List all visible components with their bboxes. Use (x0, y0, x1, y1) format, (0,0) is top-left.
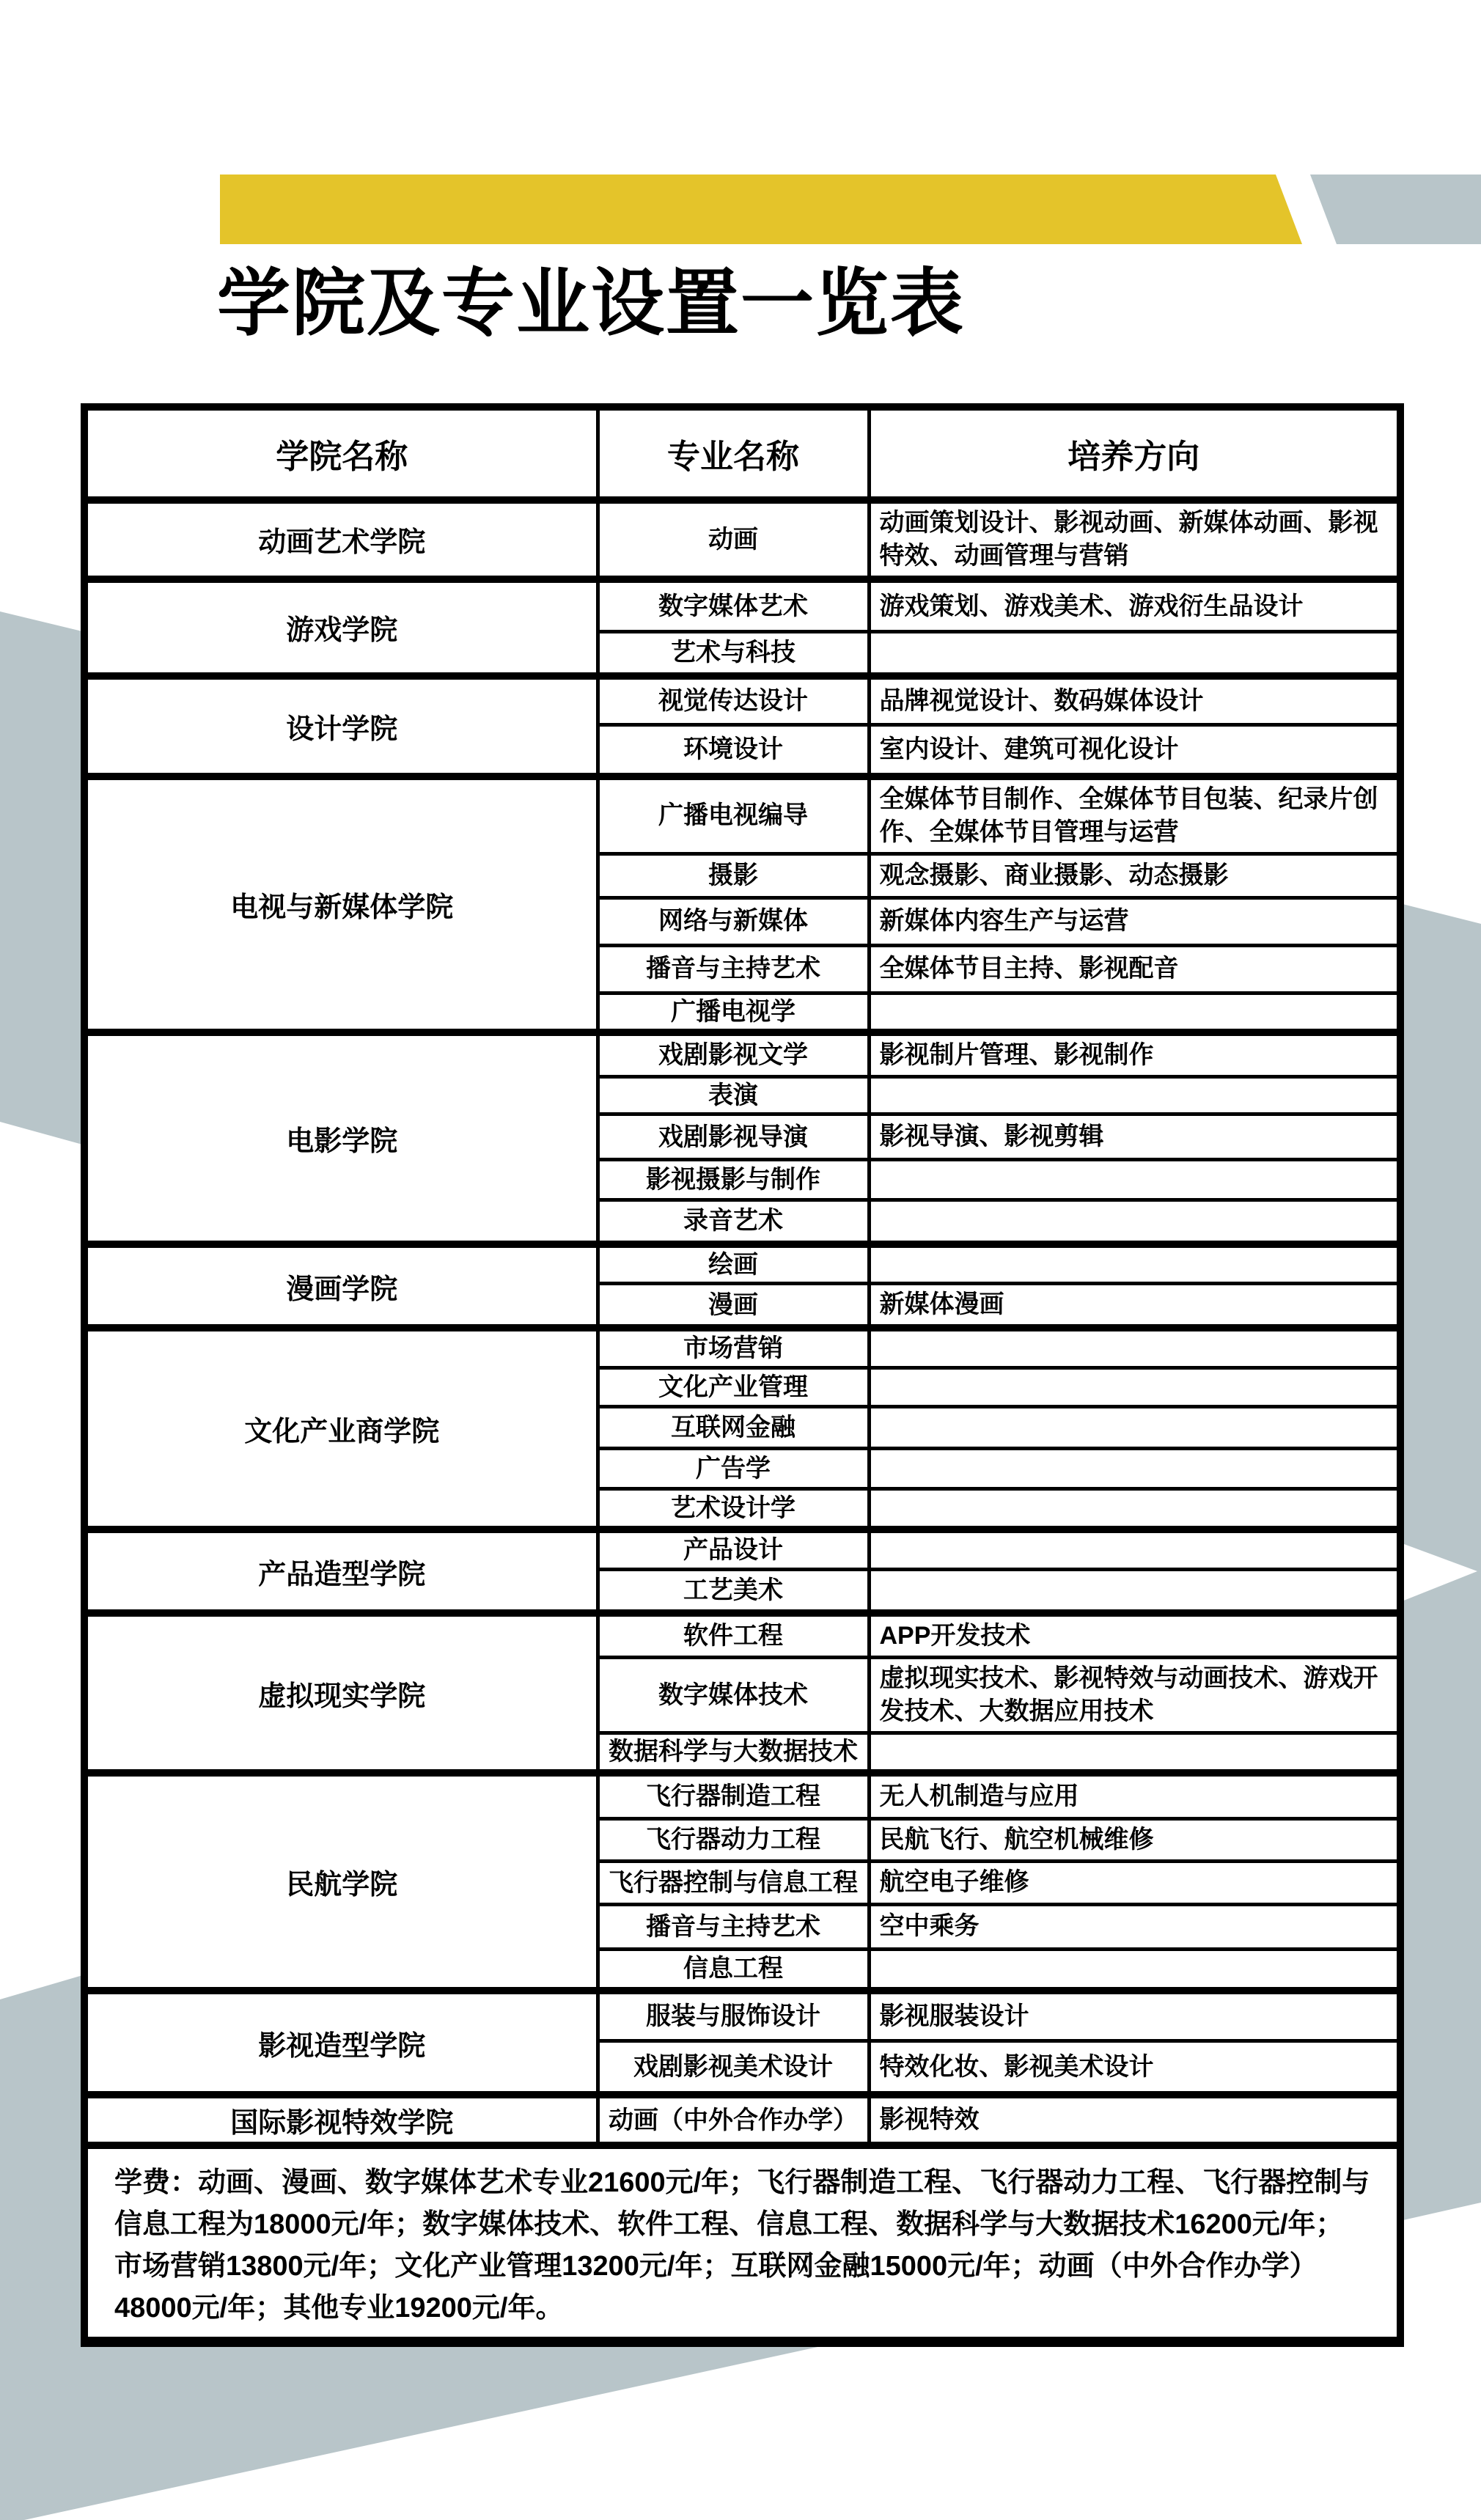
college-name-cell: 产品造型学院 (84, 1529, 598, 1613)
college-name-cell: 民航学院 (84, 1773, 598, 1991)
direction-cell: 室内设计、建筑可视化设计 (869, 725, 1400, 776)
direction-cell: 新媒体内容生产与运营 (869, 897, 1400, 945)
left-accent (0, 611, 85, 1145)
direction-cell (869, 1244, 1400, 1284)
table-row: 文化产业商学院市场营销 (84, 1328, 1400, 1367)
table-row: 产品造型学院产品设计 (84, 1529, 1400, 1569)
major-name-cell: 文化产业管理 (598, 1367, 869, 1406)
direction-cell: APP开发技术 (869, 1613, 1400, 1657)
major-name-cell: 动画 (598, 500, 869, 579)
tuition-note: 学费：动画、漫画、数字媒体艺术专业21600元/年；飞行器制造工程、飞行器动力工… (84, 2145, 1400, 2342)
direction-cell (869, 1367, 1400, 1406)
direction-cell: 影视导演、影视剪辑 (869, 1114, 1400, 1160)
major-name-cell: 飞行器控制与信息工程 (598, 1861, 869, 1904)
major-name-cell: 戏剧影视导演 (598, 1114, 869, 1160)
direction-cell: 新媒体漫画 (869, 1284, 1400, 1328)
major-name-cell: 广播电视学 (598, 993, 869, 1032)
major-name-cell: 录音艺术 (598, 1200, 869, 1244)
major-name-cell: 艺术与科技 (598, 632, 869, 676)
column-header-direction: 培养方向 (869, 407, 1400, 500)
table-row: 民航学院飞行器制造工程无人机制造与应用 (84, 1773, 1400, 1818)
major-name-cell: 戏剧影视美术设计 (598, 2040, 869, 2095)
direction-cell (869, 1160, 1400, 1200)
major-name-cell: 摄影 (598, 853, 869, 897)
table-row: 电影学院戏剧影视文学影视制片管理、影视制作 (84, 1032, 1400, 1076)
major-name-cell: 环境设计 (598, 725, 869, 776)
bottom-left-accent (0, 1975, 85, 2520)
direction-cell: 影视制片管理、影视制作 (869, 1032, 1400, 1076)
major-name-cell: 市场营销 (598, 1328, 869, 1367)
major-name-cell: 网络与新媒体 (598, 897, 869, 945)
direction-cell (869, 1733, 1400, 1773)
table-row: 电视与新媒体学院广播电视编导全媒体节目制作、全媒体节目包装、纪录片创作、全媒体节… (84, 776, 1400, 853)
page-title: 学院及专业设置一览表 (217, 265, 965, 342)
direction-cell: 游戏策划、游戏美术、游戏衍生品设计 (869, 579, 1400, 632)
column-header-college: 学院名称 (84, 407, 598, 500)
major-name-cell: 播音与主持艺术 (598, 1904, 869, 1949)
majors-table: 学院名称 专业名称 培养方向 动画艺术学院动画动画策划设计、影视动画、新媒体动画… (81, 403, 1404, 2347)
major-name-cell: 播音与主持艺术 (598, 945, 869, 993)
college-name-cell: 动画艺术学院 (84, 500, 598, 579)
major-name-cell: 视觉传达设计 (598, 676, 869, 725)
tuition-label: 学费 (114, 2167, 170, 2198)
direction-cell (869, 1529, 1400, 1569)
tuition-note-row: 学费：动画、漫画、数字媒体艺术专业21600元/年；飞行器制造工程、飞行器动力工… (84, 2145, 1400, 2342)
table-row: 影视造型学院服装与服饰设计影视服装设计 (84, 1991, 1400, 2040)
college-name-cell: 电视与新媒体学院 (84, 776, 598, 1032)
direction-cell (869, 1200, 1400, 1244)
major-name-cell: 数字媒体技术 (598, 1658, 869, 1733)
major-name-cell: 数据科学与大数据技术 (598, 1733, 869, 1773)
major-name-cell: 互联网金融 (598, 1406, 869, 1448)
college-name-cell: 电影学院 (84, 1032, 598, 1244)
major-name-cell: 软件工程 (598, 1613, 869, 1657)
direction-cell: 全媒体节目主持、影视配音 (869, 945, 1400, 993)
direction-cell (869, 1448, 1400, 1488)
major-name-cell: 服装与服饰设计 (598, 1991, 869, 2040)
direction-cell: 虚拟现实技术、影视特效与动画技术、游戏开发技术、大数据应用技术 (869, 1658, 1400, 1733)
top-right-accent (1310, 175, 1481, 244)
header-row: 学院名称 专业名称 培养方向 (84, 407, 1400, 500)
college-name-cell: 游戏学院 (84, 579, 598, 676)
direction-cell: 影视服装设计 (869, 1991, 1400, 2040)
major-name-cell: 绘画 (598, 1244, 869, 1284)
major-name-cell: 工艺美术 (598, 1569, 869, 1613)
college-name-cell: 漫画学院 (84, 1244, 598, 1328)
direction-cell (869, 1406, 1400, 1448)
major-name-cell: 戏剧影视文学 (598, 1032, 869, 1076)
direction-cell: 影视特效 (869, 2095, 1400, 2145)
college-name-cell: 设计学院 (84, 676, 598, 776)
direction-cell: 观念摄影、商业摄影、动态摄影 (869, 853, 1400, 897)
college-name-cell: 国际影视特效学院 (84, 2095, 598, 2145)
direction-cell: 全媒体节目制作、全媒体节目包装、纪录片创作、全媒体节目管理与运营 (869, 776, 1400, 853)
major-name-cell: 广播电视编导 (598, 776, 869, 853)
column-header-major: 专业名称 (598, 407, 869, 500)
direction-cell (869, 1076, 1400, 1114)
college-name-cell: 文化产业商学院 (84, 1328, 598, 1529)
direction-cell (869, 1569, 1400, 1613)
major-name-cell: 广告学 (598, 1448, 869, 1488)
table-row: 动画艺术学院动画动画策划设计、影视动画、新媒体动画、影视特效、动画管理与营销 (84, 500, 1400, 579)
college-name-cell: 影视造型学院 (84, 1991, 598, 2095)
direction-cell: 航空电子维修 (869, 1861, 1400, 1904)
major-name-cell: 产品设计 (598, 1529, 869, 1569)
major-name-cell: 影视摄影与制作 (598, 1160, 869, 1200)
major-name-cell: 漫画 (598, 1284, 869, 1328)
banner-bar (220, 175, 1302, 244)
direction-cell: 动画策划设计、影视动画、新媒体动画、影视特效、动画管理与营销 (869, 500, 1400, 579)
table-row: 设计学院视觉传达设计品牌视觉设计、数码媒体设计 (84, 676, 1400, 725)
table-row: 漫画学院绘画 (84, 1244, 1400, 1284)
table-row: 游戏学院数字媒体艺术游戏策划、游戏美术、游戏衍生品设计 (84, 579, 1400, 632)
major-name-cell: 动画（中外合作办学） (598, 2095, 869, 2145)
tuition-text: ：动画、漫画、数字媒体艺术专业21600元/年；飞行器制造工程、飞行器动力工程、… (114, 2167, 1370, 2324)
majors-table-container: 学院名称 专业名称 培养方向 动画艺术学院动画动画策划设计、影视动画、新媒体动画… (81, 403, 1397, 2347)
major-name-cell: 飞行器制造工程 (598, 1773, 869, 1818)
direction-cell (869, 632, 1400, 676)
table-row: 国际影视特效学院动画（中外合作办学）影视特效 (84, 2095, 1400, 2145)
college-name-cell: 虚拟现实学院 (84, 1613, 598, 1773)
direction-cell (869, 993, 1400, 1032)
major-name-cell: 飞行器动力工程 (598, 1818, 869, 1861)
direction-cell: 无人机制造与应用 (869, 1773, 1400, 1818)
major-name-cell: 艺术设计学 (598, 1488, 869, 1529)
table-row: 虚拟现实学院软件工程APP开发技术 (84, 1613, 1400, 1657)
major-name-cell: 数字媒体艺术 (598, 579, 869, 632)
direction-cell (869, 1488, 1400, 1529)
direction-cell: 空中乘务 (869, 1904, 1400, 1949)
direction-cell (869, 1328, 1400, 1367)
major-name-cell: 信息工程 (598, 1949, 869, 1991)
direction-cell: 民航飞行、航空机械维修 (869, 1818, 1400, 1861)
direction-cell: 品牌视觉设计、数码媒体设计 (869, 676, 1400, 725)
direction-cell (869, 1949, 1400, 1991)
major-name-cell: 表演 (598, 1076, 869, 1114)
direction-cell: 特效化妆、影视美术设计 (869, 2040, 1400, 2095)
